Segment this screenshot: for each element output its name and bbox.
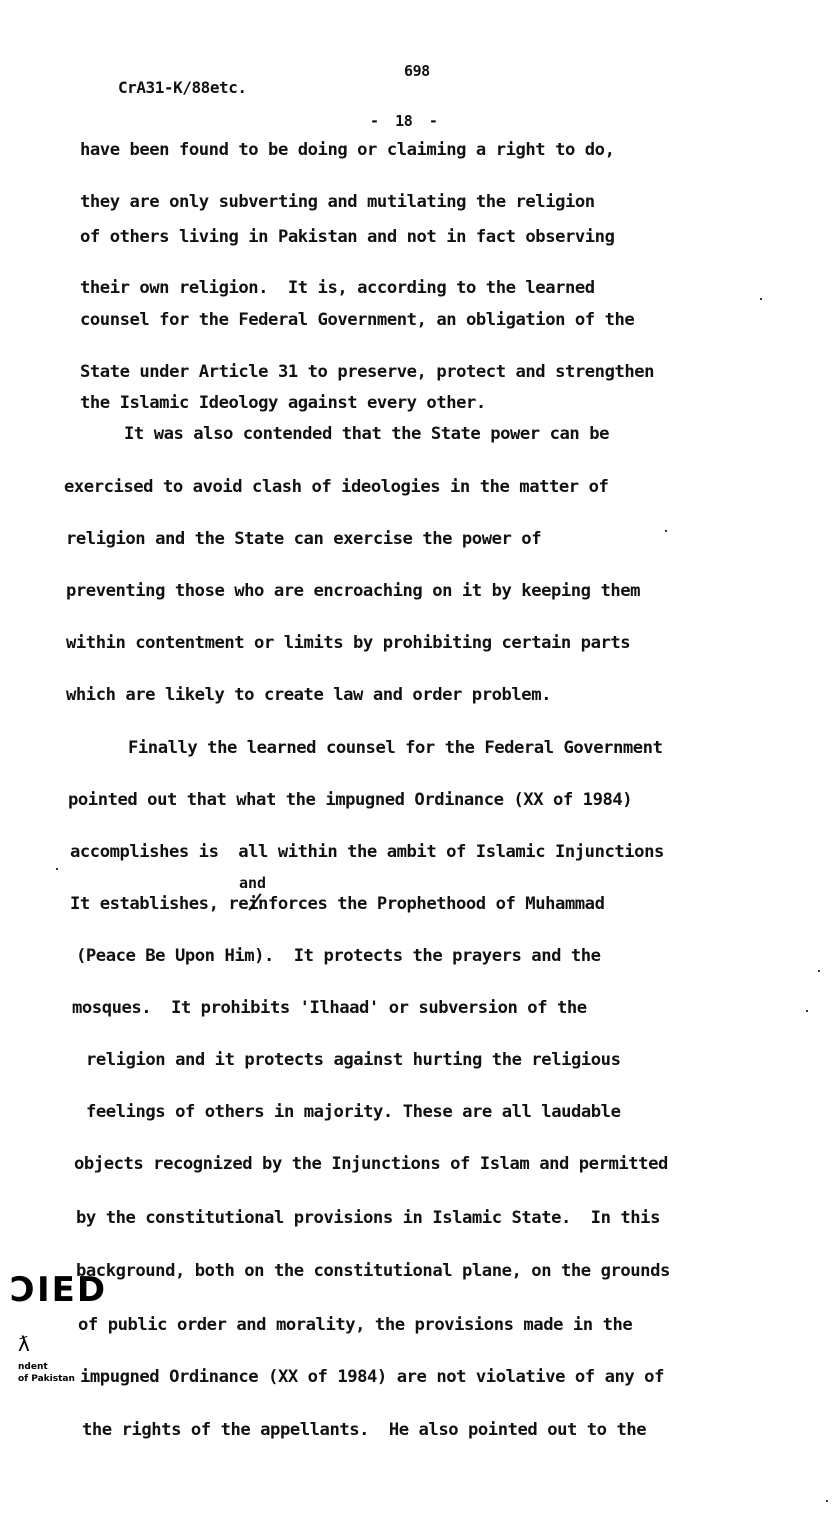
text-line: Finally the learned counsel for the Fede… xyxy=(128,740,662,757)
text-line: mosques. It prohibits 'Ilhaad' or subver… xyxy=(72,1000,587,1017)
scan-speck xyxy=(806,1010,808,1012)
document-page: CrA31-K/88etc. 698 - 18 - have been foun… xyxy=(0,0,840,1540)
text-line: they are only subverting and mutilating … xyxy=(80,194,595,211)
text-line: It establishes, reinforces the Prophetho… xyxy=(70,896,604,913)
text-line: religion and the State can exercise the … xyxy=(66,531,541,548)
text-line: accomplishes is all within the ambit of … xyxy=(70,844,664,861)
text-line: which are likely to create law and order… xyxy=(66,687,551,704)
text-line: have been found to be doing or claiming … xyxy=(80,142,614,159)
text-line: of public order and morality, the provis… xyxy=(78,1317,632,1334)
margin-stamp-line-2: of Pakistan xyxy=(18,1374,75,1384)
text-line: impugned Ordinance (XX of 1984) are not … xyxy=(80,1369,664,1386)
text-line: counsel for the Federal Government, an o… xyxy=(80,312,634,329)
scan-speck xyxy=(826,1500,828,1502)
text-line: pointed out that what the impugned Ordin… xyxy=(68,792,632,809)
text-line: (Peace Be Upon Him). It protects the pra… xyxy=(76,948,601,965)
text-line: of others living in Pakistan and not in … xyxy=(80,229,614,246)
text-line: background, both on the constitutional p… xyxy=(76,1263,670,1280)
text-line: preventing those who are encroaching on … xyxy=(66,583,640,600)
margin-stamp: ƆIED xyxy=(10,1270,107,1310)
text-line: the Islamic Ideology against every other… xyxy=(80,395,486,412)
text-line: State under Article 31 to preserve, prot… xyxy=(80,364,654,381)
stamp-number: 698 xyxy=(404,64,430,79)
case-reference: CrA31-K/88etc. xyxy=(118,80,247,96)
text-line: by the constitutional provisions in Isla… xyxy=(76,1210,660,1227)
handwritten-initial: ƛ xyxy=(18,1332,30,1356)
scan-speck xyxy=(56,868,58,870)
handwritten-insertion: and xyxy=(239,874,266,892)
margin-stamp-line-1: ndent xyxy=(18,1362,48,1372)
text-line: religion and it protects against hurting… xyxy=(86,1052,620,1069)
text-line: the rights of the appellants. He also po… xyxy=(82,1422,646,1439)
text-line: feelings of others in majority. These ar… xyxy=(86,1104,620,1121)
scan-speck xyxy=(760,298,762,300)
text-line: It was also contended that the State pow… xyxy=(124,426,609,443)
text-line: within contentment or limits by prohibit… xyxy=(66,635,630,652)
page-number: - 18 - xyxy=(370,114,438,129)
scan-speck xyxy=(665,530,667,532)
text-line: exercised to avoid clash of ideologies i… xyxy=(64,479,608,496)
scan-speck xyxy=(818,970,820,972)
text-line: their own religion. It is, according to … xyxy=(80,280,595,297)
text-line: objects recognized by the Injunctions of… xyxy=(74,1156,668,1173)
